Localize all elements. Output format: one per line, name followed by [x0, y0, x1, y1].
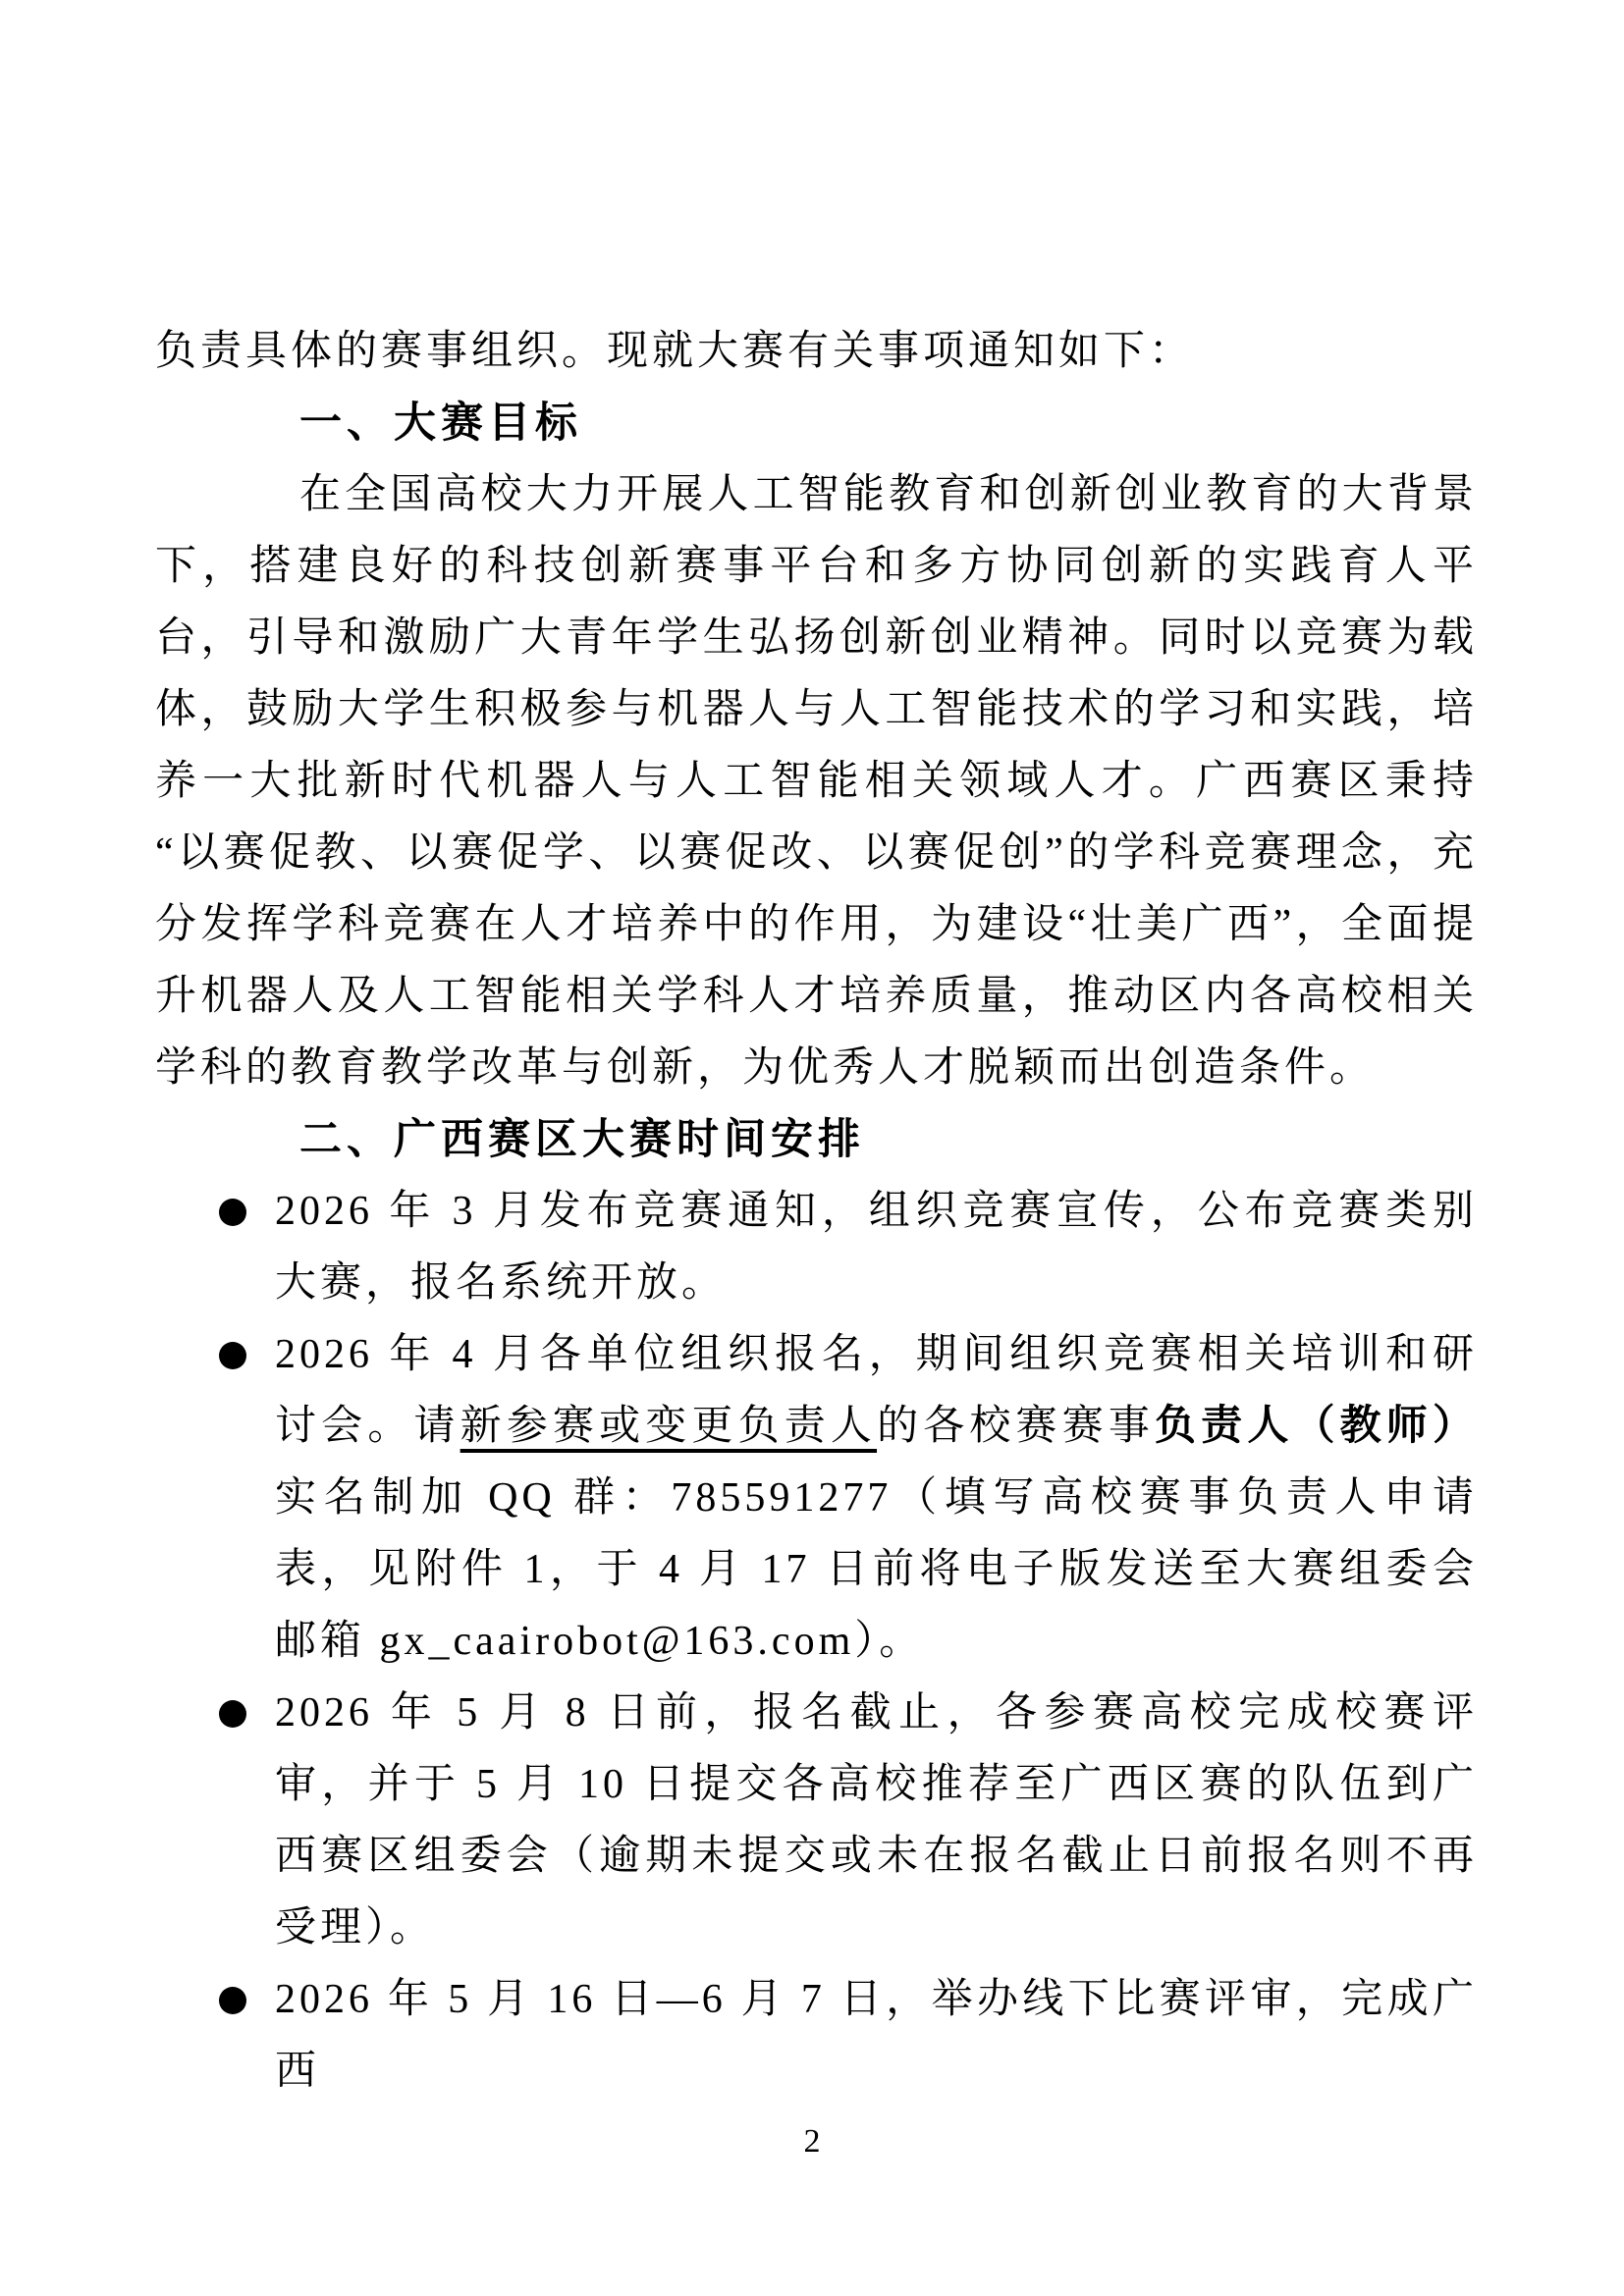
section-2-heading: 二、广西赛区大赛时间安排	[155, 1104, 1478, 1176]
list-item-text-segment: 2026 年 3 月发布竞赛通知，组织竞赛宣传，公布竞赛类别大赛，报名系统开放。	[275, 1189, 1478, 1306]
list-item: 2026 年 5 月 8 日前，报名截止，各参赛高校完成校赛评审，并于 5 月 …	[155, 1678, 1478, 1964]
document-page: 负责具体的赛事组织。现就大赛有关事项通知如下： 一、大赛目标 在全国高校大力开展…	[0, 0, 1624, 2296]
page-number: 2	[0, 2122, 1624, 2162]
list-item-text-segment: 的各校赛赛事	[877, 1404, 1155, 1449]
intro-paragraph: 负责具体的赛事组织。现就大赛有关事项通知如下：	[155, 316, 1478, 388]
document-content: 负责具体的赛事组织。现就大赛有关事项通知如下： 一、大赛目标 在全国高校大力开展…	[155, 316, 1478, 2108]
list-item: 2026 年 3 月发布竞赛通知，组织竞赛宣传，公布竞赛类别大赛，报名系统开放。	[155, 1176, 1478, 1319]
bullet-icon	[219, 1700, 246, 1728]
list-item-text-segment: 2026 年 5 月 8 日前，报名截止，各参赛高校完成校赛评审，并于 5 月 …	[275, 1690, 1478, 1950]
list-item-text-segment: 实名制加 QQ 群：785591277（填写高校赛事负责人申请表，见附件 1，于…	[275, 1475, 1478, 1664]
list-item-text-segment: 负责人（教师）	[1155, 1404, 1478, 1449]
list-item-text-segment: 新参赛或变更负责人	[460, 1404, 877, 1449]
bullet-icon	[219, 1342, 246, 1369]
section-1-body: 在全国高校大力开展人工智能教育和创新创业教育的大背景下，搭建良好的科技创新赛事平…	[155, 459, 1478, 1104]
list-item-text-segment: 2026 年 5 月 16 日—6 月 7 日，举办线下比赛评审，完成广西	[275, 1977, 1478, 2094]
schedule-list: 2026 年 3 月发布竞赛通知，组织竞赛宣传，公布竞赛类别大赛，报名系统开放。…	[155, 1176, 1478, 2108]
bullet-icon	[219, 1987, 246, 2014]
section-1-heading: 一、大赛目标	[155, 388, 1478, 459]
bullet-icon	[219, 1199, 246, 1226]
list-item: 2026 年 5 月 16 日—6 月 7 日，举办线下比赛评审，完成广西	[155, 1964, 1478, 2108]
list-item: 2026 年 4 月各单位组织报名，期间组织竞赛相关培训和研讨会。请新参赛或变更…	[155, 1319, 1478, 1678]
